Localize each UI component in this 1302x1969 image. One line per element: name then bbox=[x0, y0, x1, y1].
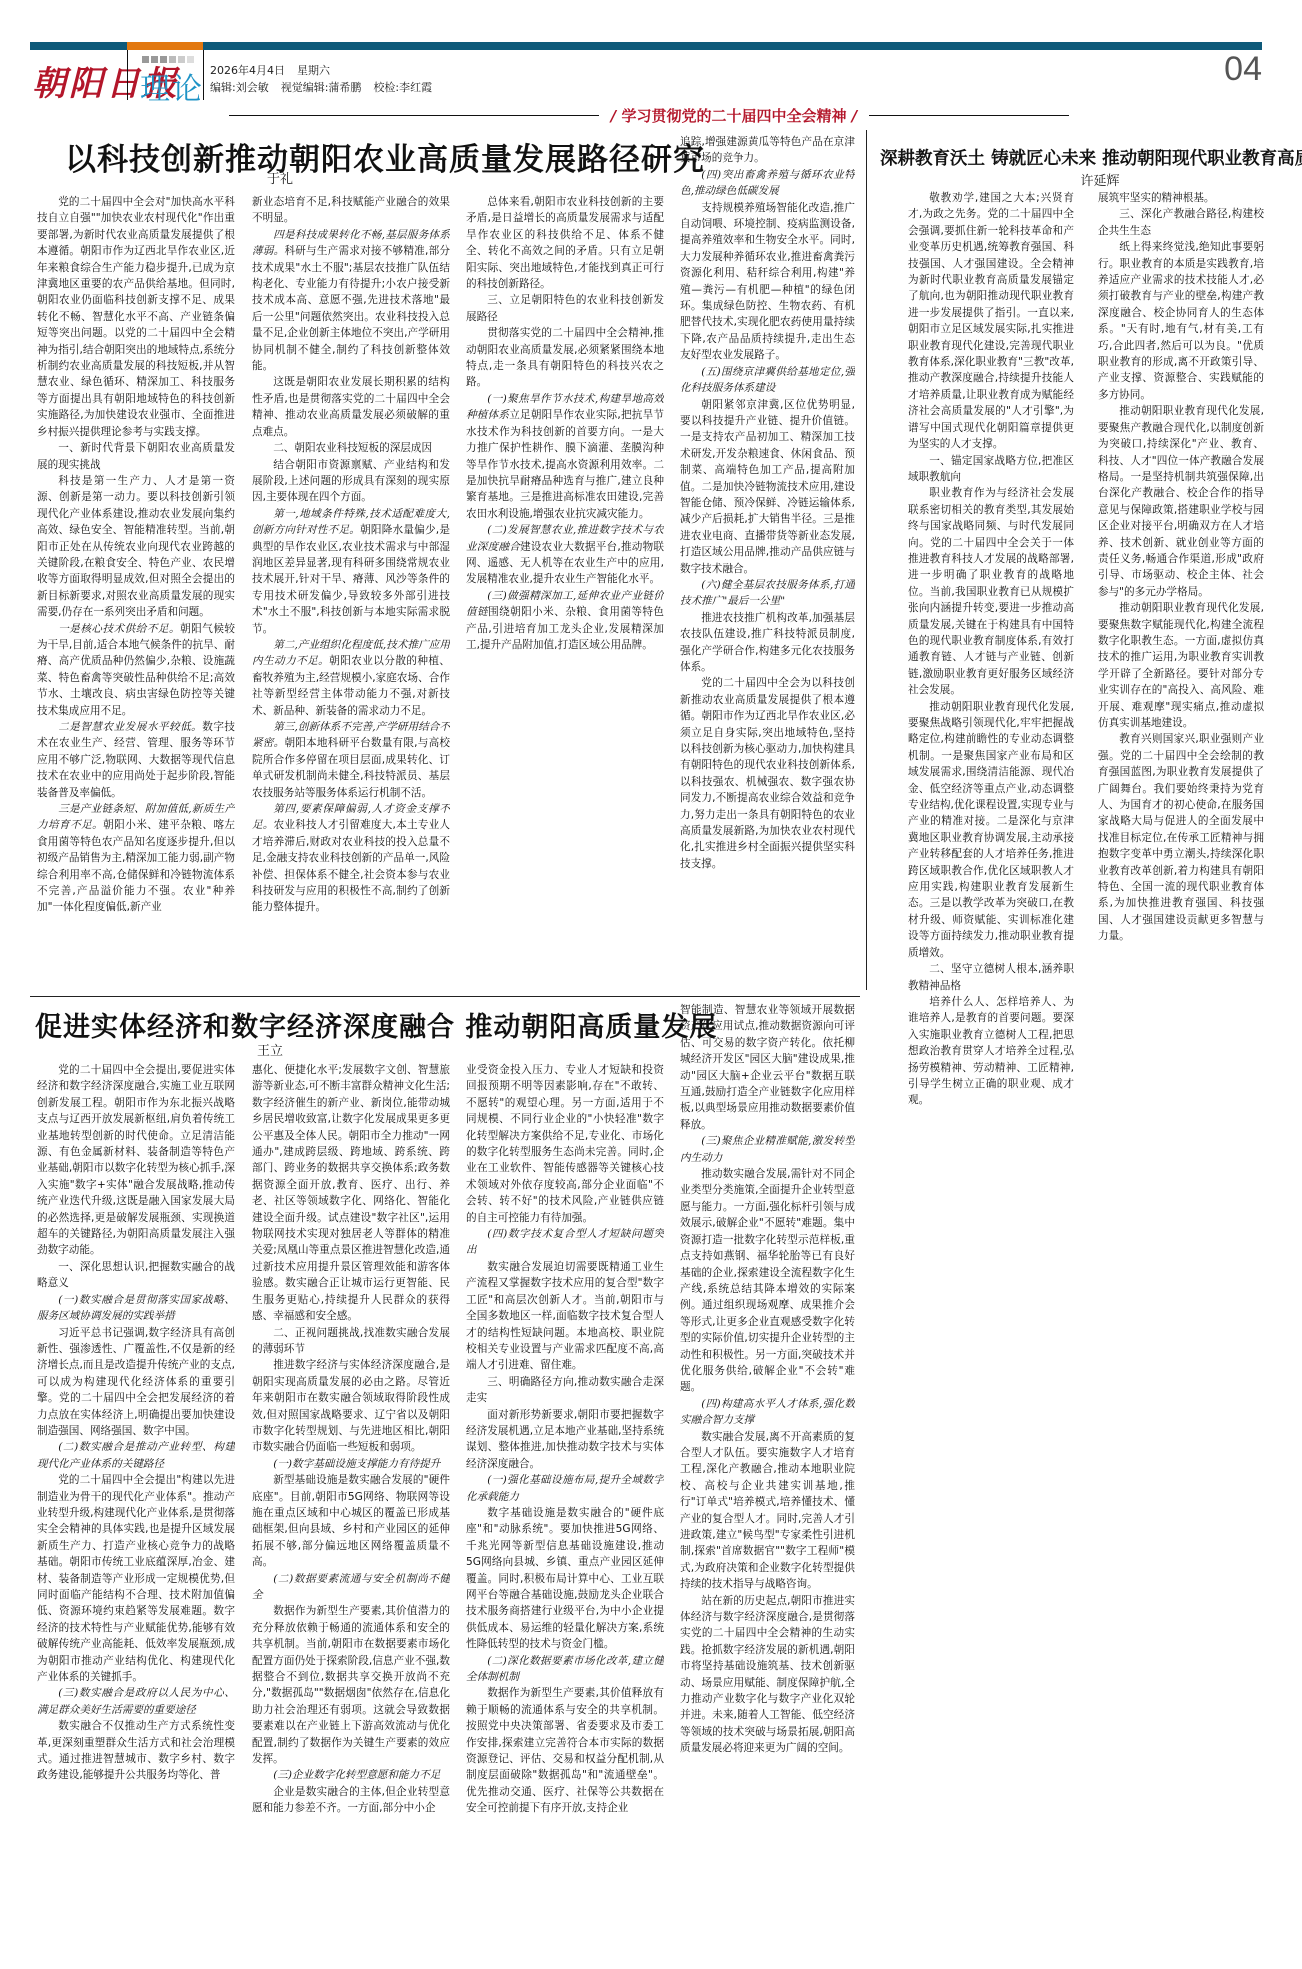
subheading: (四)突出畜禽养殖与循环农业特色,推动绿色低碳发展 bbox=[680, 169, 855, 197]
section-heading: 一、深化思想认识,把握数实融合的战略意义 bbox=[37, 1259, 235, 1292]
paragraph: 朝阳紧邻京津冀,区位优势明显,要以科技提升产业链、提升价值链。一是支持农产品初加… bbox=[680, 397, 855, 577]
subheading-paragraph: (一)强化基础设施布局,提升全域数字化承载能力 bbox=[466, 1472, 664, 1505]
subheading: (四)数字技术复合型人才短缺问题突出 bbox=[466, 1228, 664, 1256]
subheading: (四)构建高水平人才体系,强化数实融合智力支撑 bbox=[680, 1398, 855, 1426]
paragraph: 纸上得来终觉浅,绝知此事要躬行。职业教育的本质是实践教育,培养适应产业需求的技术… bbox=[1098, 239, 1264, 403]
issue-weekday: 星期六 bbox=[297, 64, 330, 77]
subheading-paragraph: (三)数实融合是政府以人民为中心、满足群众美好生活需要的重要途径 bbox=[37, 1685, 235, 1718]
paragraph: 惠化、便捷化水平;发展数字文创、智慧旅游等新业态,可不断丰富群众精神文化生活;数… bbox=[252, 1062, 450, 1325]
section-heading: 二、朝阳农业科技短板的深层成因 bbox=[252, 440, 450, 456]
article-column: 敬教劝学,建国之大本;兴贤育才,为政之先务。党的二十届四中全会强调,要抓住新一轮… bbox=[908, 190, 1074, 1940]
paragraph: 数据作为新型生产要素,其价值潜力的充分释放依赖于畅通的流通体系和安全的共享机制。… bbox=[252, 1603, 450, 1767]
subheading: (三)聚焦企业精准赋能,激发转型内生动力 bbox=[680, 1135, 855, 1163]
paragraph: 数实融合不仅推动生产方式系统性变革,更深刻重塑群众生活方式和社会治理模式。通过推… bbox=[37, 1718, 235, 1784]
subheading-paragraph: (五)围绕京津冀供给基地定位,强化科技服务体系建设 bbox=[680, 364, 855, 397]
article-headline: 促进实体经济和数字经济深度融合 推动朝阳高质量发展 bbox=[35, 1005, 717, 1044]
paragraph-text: 围绕朝阳小米、杂粮、食用菌等特色产品,引进培育加工龙头企业,发展精深加工,提升产… bbox=[466, 606, 664, 651]
article-divider bbox=[866, 130, 867, 990]
paragraph: 党的二十届四中全会提出,要促进实体经济和数字经济深度融合,实施工业互联网创新发展… bbox=[37, 1062, 235, 1259]
subheading: (二)深化数据要素市场化改革,建立健全体制机制 bbox=[466, 1655, 664, 1683]
paragraph-text: 朝阳降水量偏少,是典型的旱作农业区,农业技术需求与中部湿润地区差异显著,现有科研… bbox=[252, 524, 450, 634]
page-number: 04 bbox=[1224, 50, 1262, 89]
paragraph: 习近平总书记强调,数字经济具有高创新性、强渗透性、广覆盖性,不仅是新的经济增长点… bbox=[37, 1325, 235, 1440]
article-author: 于礼 bbox=[180, 168, 380, 187]
subheading: 二是智慧农业发展水平较低。 bbox=[58, 721, 202, 733]
subheading-paragraph: (四)突出畜禽养殖与循环农业特色,推动绿色低碳发展 bbox=[680, 167, 855, 200]
section-heading: 三、深化产教融合路径,构建校企共生生态 bbox=[1098, 206, 1264, 239]
paragraph-text: 朝阳气候较为干旱,目前,适合本地气候条件的抗旱、耐瘠、高产优质品种仍然偏少,杂粮… bbox=[37, 623, 235, 717]
paragraph: 党的二十届四中全会对"加快高水平科技自立自强""加快农业农村现代化"作出重要部署… bbox=[37, 194, 235, 440]
paragraph: 数实融合发展,离不开高素质的复合型人才队伍。要实施数字人才培育工程,深化产教融合… bbox=[680, 1429, 855, 1593]
subheading-paragraph: 第三,创新体系不完善,产学研用结合不紧密。朝阳本地科研平台数量有限,与高校院所合… bbox=[252, 719, 450, 801]
paragraph: 智能制造、智慧农业等领域开展数据资产化应用试点,推动数据资源向可评估、可交易的数… bbox=[680, 1002, 855, 1133]
issue-meta: 2026年4月4日星期六 编辑:刘会敏视觉编辑:蒲希鹏校检:李红霞 bbox=[210, 62, 444, 96]
subheading-paragraph: (一)聚焦旱作节水技术,构建旱地高效种植体系立足朝阳旱作农业实际,把抗旱节水技术… bbox=[466, 391, 664, 522]
paragraph: 企业是数实融合的主体,但企业转型意愿和能力参差不齐。一方面,部分中小企 bbox=[252, 1784, 450, 1817]
article-column: 总体来看,朝阳市农业科技创新的主要矛盾,是日益增长的高质量发展需求与适配旱作农业… bbox=[466, 194, 664, 984]
paragraph: 科技是第一生产力、人才是第一资源、创新是第一动力。要以科技创新引领现代化产业体系… bbox=[37, 473, 235, 621]
section-heading: 一、锚定国家战略方位,把准区域职教航向 bbox=[908, 453, 1074, 486]
subheading-paragraph: (三)聚焦企业精准赋能,激发转型内生动力 bbox=[680, 1133, 855, 1166]
issue-date: 2026年4月4日 bbox=[210, 64, 285, 77]
subheading-paragraph: (一)数字基础设施支撑能力有待提升 bbox=[252, 1456, 450, 1472]
article-column: 智能制造、智慧农业等领域开展数据资产化应用试点,推动数据资源向可评估、可交易的数… bbox=[680, 1002, 855, 1942]
paragraph: 职业教育作为与经济社会发展联系密切相关的教育类型,其发展始终与国家战略同频、与时… bbox=[908, 485, 1074, 698]
subheading-paragraph: 三是产业链条短、附加值低,新质生产力培育不足。朝阳小米、建平杂粮、喀左食用菌等特… bbox=[37, 801, 235, 916]
subheading: (一)强化基础设施布局,提升全域数字化承载能力 bbox=[466, 1474, 664, 1502]
paragraph: 支持规模养殖场智能化改造,推广自动饲喂、环境控制、疫病监测设备,提高养殖效率和生… bbox=[680, 200, 855, 364]
subheading: (五)围绕京津冀供给基地定位,强化科技服务体系建设 bbox=[680, 366, 855, 394]
paragraph: 面对新形势新要求,朝阳市要把握数字经济发展机遇,立足本地产业基础,坚持系统谋划、… bbox=[466, 1407, 664, 1473]
paragraph: 贯彻落实党的二十届四中全会精神,推动朝阳农业高质量发展,必须紧紧围绕本地特点,走… bbox=[466, 325, 664, 391]
masthead-blue-bar-right bbox=[203, 42, 1262, 50]
subheading-paragraph: 二是智慧农业发展水平较低。数字技术在农业生产、经营、管理、服务等环节应用不够广泛… bbox=[37, 719, 235, 801]
paragraph: 数实融合发展迫切需要既精通工业生产流程又掌握数字技术应用的复合型"数字工匠"和高… bbox=[466, 1259, 664, 1374]
section-heading: 一、新时代背景下朝阳农业高质量发展的现实挑战 bbox=[37, 440, 235, 473]
slash-icon: / bbox=[611, 107, 616, 125]
subheading-paragraph: (四)数字技术复合型人才短缺问题突出 bbox=[466, 1226, 664, 1259]
section-heading: 三、明确路径方向,推动数实融合走深走实 bbox=[466, 1374, 664, 1407]
paragraph: 业受资金投入压力、专业人才短缺和投资回报预期不明等因素影响,存在"不敢转、不愿转… bbox=[466, 1062, 664, 1226]
paragraph: 敬教劝学,建国之大本;兴贤育才,为政之先务。党的二十届四中全会强调,要抓住新一轮… bbox=[908, 190, 1074, 453]
section-title: 理论 bbox=[140, 64, 204, 108]
paragraph: 展筑牢坚实的精神根基。 bbox=[1098, 190, 1264, 206]
subheading-paragraph: 第一,地域条件特殊,技术适配难度大,创新方向针对性不足。朝阳降水量偏少,是典型的… bbox=[252, 506, 450, 637]
article-column: 新业态培育不足,科技赋能产业融合的效果不明显。四是科技成果转化不畅,基层服务体系… bbox=[252, 194, 450, 984]
subheading-paragraph: 四是科技成果转化不畅,基层服务体系薄弱。科研与生产需求对接不够精准,部分技术成果… bbox=[252, 227, 450, 375]
paragraph: 党的二十届四中全会提出"构建以先进制造业为骨干的现代化产业体系"。推动产业转型升… bbox=[37, 1472, 235, 1685]
subheading: (三)企业数字化转型意愿和能力不足 bbox=[273, 1769, 440, 1781]
editor-credit: 编辑:刘会敏 bbox=[210, 81, 269, 94]
paragraph: 新业态培育不足,科技赋能产业融合的效果不明显。 bbox=[252, 194, 450, 227]
subheading-paragraph: (二)深化数据要素市场化改革,建立健全体制机制 bbox=[466, 1653, 664, 1686]
banner-rule bbox=[229, 115, 599, 116]
subheading: (一)数实融合是贯彻落实国家战略、服务区域协调发展的实践举措 bbox=[37, 1294, 235, 1322]
section-heading: 三、立足朝阳特色的农业科技创新发展路径 bbox=[466, 292, 664, 325]
paragraph: 数据作为新型生产要素,其价值释放有赖于顺畅的流通体系与安全的共享机制。按照党中央… bbox=[466, 1685, 664, 1816]
article-column: 业受资金投入压力、专业人才短缺和投资回报预期不明等因素影响,存在"不敢转、不愿转… bbox=[466, 1062, 664, 1942]
subheading: 一是核心技术供给不足。 bbox=[58, 623, 180, 635]
subheading: (三)数实融合是政府以人民为中心、满足群众美好生活需要的重要途径 bbox=[37, 1687, 235, 1715]
article-author: 王立 bbox=[170, 1040, 370, 1059]
subheading-paragraph: 第四,要素保障偏弱,人才资金支撑不足。农业科技人才引留难度大,本土专业人才培养滞… bbox=[252, 801, 450, 916]
subheading-paragraph: (六)健全基层农技服务体系,打通技术推广"最后一公里" bbox=[680, 577, 855, 610]
subheading-paragraph: (四)构建高水平人才体系,强化数实融合智力支撑 bbox=[680, 1396, 855, 1429]
paragraph: 党的二十届四中全会为以科技创新推动农业高质量发展提供了根本遵循。朝阳市作为辽西北… bbox=[680, 675, 855, 872]
subheading-paragraph: (三)企业数字化转型意愿和能力不足 bbox=[252, 1767, 450, 1783]
section-heading: 二、坚守立德树人根本,涵养职教精神品格 bbox=[908, 961, 1074, 994]
paragraph: 培养什么人、怎样培养人、为谁培养人,是教育的首要问题。要深入实施职业教育立德树人… bbox=[908, 994, 1074, 1109]
article-author: 许延辉 bbox=[1000, 170, 1200, 189]
subheading-paragraph: (二)发展智慧农业,推进数字技术与农业深度融合建设农业大数据平台,推动物联网、遥… bbox=[466, 522, 664, 588]
subheading: (二)数据要素流通与安全机制尚不健全 bbox=[252, 1573, 450, 1601]
paragraph: 教育兴则国家兴,职业强则产业强。党的二十届四中全会绘制的教育强国蓝图,为职业教育… bbox=[1098, 731, 1264, 944]
paragraph-text: 朝阳小米、建平杂粮、喀左食用菌等特色农产品知名度逐步提升,但以初级产品销售为主,… bbox=[37, 819, 235, 913]
paragraph: 这既是朝阳农业发展长期积累的结构性矛盾,也是贯彻落实党的二十届四中全会精神、推动… bbox=[252, 374, 450, 440]
paragraph: 推进农技推广机构改革,加强基层农技队伍建设,推广科技特派员制度,强化产学研合作,… bbox=[680, 610, 855, 676]
subheading-paragraph: (一)数实融合是贯彻落实国家战略、服务区域协调发展的实践举措 bbox=[37, 1292, 235, 1325]
masthead-blue-bar bbox=[30, 42, 127, 50]
subheading-paragraph: (三)做强精深加工,延伸农业产业链价值链围绕朝阳小米、杂粮、食用菌等特色产品,引… bbox=[466, 588, 664, 654]
paragraph: 推进数字经济与实体经济深度融合,是朝阳实现高质量发展的必由之路。尽管近年来朝阳市… bbox=[252, 1357, 450, 1455]
article-column: 展筑牢坚实的精神根基。三、深化产教融合路径,构建校企共生生态纸上得来终觉浅,绝知… bbox=[1098, 190, 1264, 1940]
subheading-paragraph: 一是核心技术供给不足。朝阳气候较为干旱,目前,适合本地气候条件的抗旱、耐瘠、高产… bbox=[37, 621, 235, 719]
paragraph: 数字基础设施是数实融合的"硬件底座"和"动脉系统"。要加快推进5G网络、千兆光网… bbox=[466, 1505, 664, 1653]
paragraph-text: 农业科技人才引留难度大,本土专业人才培养滞后,财政对农业科技的投入总量不足,金融… bbox=[252, 819, 450, 913]
paragraph: 推动朝阳职业教育现代化发展,要聚焦产教融合现代化,以制度创新为突破口,持续深化"… bbox=[1098, 403, 1264, 600]
article-column: 惠化、便捷化水平;发展数字文创、智慧旅游等新业态,可不断丰富群众精神文化生活;数… bbox=[252, 1062, 450, 1942]
subheading: (一)数字基础设施支撑能力有待提升 bbox=[273, 1458, 440, 1470]
paragraph: 推动朝阳职业教育现代化发展,要聚焦战略引领现代化,牢牢把握战略定位,构建前瞻性的… bbox=[908, 699, 1074, 962]
paragraph: 推动数实融合发展,需针对不同企业类型分类施策,全面提升企业转型意愿与能力。一方面… bbox=[680, 1166, 855, 1396]
article-headline: 深耕教育沃土 铸就匠心未来 推动朝阳现代职业教育高质量发展 bbox=[880, 145, 1302, 170]
masthead-orange-bar bbox=[127, 42, 203, 50]
slash-icon: / bbox=[852, 107, 857, 125]
masthead: 朝阳日报 理论 2026年4月4日星期六 编辑:刘会敏视觉编辑:蒲希鹏校检:李红… bbox=[30, 42, 1262, 100]
paragraph: 站在新的历史起点,朝阳市推进实体经济与数字经济深度融合,是贯彻落实党的二十届四中… bbox=[680, 1593, 855, 1757]
topic-banner: / 学习贯彻党的二十届四中全会精神 / bbox=[229, 103, 1069, 127]
paragraph: 结合朝阳市资源禀赋、产业结构和发展阶段,上述问题的形成具有深刻的现实原因,主要体… bbox=[252, 457, 450, 506]
subheading-paragraph: (二)数实融合是推动产业转型、构建现代化产业体系的关键路径 bbox=[37, 1439, 235, 1472]
masthead-divider bbox=[203, 50, 204, 100]
banner-rule bbox=[869, 115, 1069, 116]
paragraph-text: 立足朝阳旱作农业实际,把抗旱节水技术作为科技创新的首要方向。一是大力推广保护性耕… bbox=[466, 409, 664, 519]
section-decor-squares-icon bbox=[142, 56, 194, 63]
subheading-paragraph: (二)数据要素流通与安全机制尚不健全 bbox=[252, 1571, 450, 1604]
paragraph: 总体来看,朝阳市农业科技创新的主要矛盾,是日益增长的高质量发展需求与适配旱作农业… bbox=[466, 194, 664, 292]
article-headline: 以科技创新推动朝阳农业高质量发展路径研究 bbox=[65, 134, 705, 179]
article-divider bbox=[30, 996, 860, 997]
article-column: 党的二十届四中全会对"加快高水平科技自立自强""加快农业农村现代化"作出重要部署… bbox=[37, 194, 235, 984]
visual-editor-credit: 视觉编辑:蒲希鹏 bbox=[281, 81, 362, 94]
paragraph: 新型基础设施是数实融合发展的"硬件底座"。目前,朝阳市5G网络、物联网等设施在重… bbox=[252, 1472, 450, 1570]
banner-text: / 学习贯彻党的二十届四中全会精神 / bbox=[605, 105, 863, 126]
subheading: (六)健全基层农技服务体系,打通技术推广"最后一公里" bbox=[680, 579, 855, 607]
subheading: (二)数实融合是推动产业转型、构建现代化产业体系的关键路径 bbox=[37, 1441, 235, 1469]
article-column: 党的二十届四中全会提出,要促进实体经济和数字经济深度融合,实施工业互联网创新发展… bbox=[37, 1062, 235, 1942]
paragraph: 推动朝阳职业教育现代化发展,要聚焦数字赋能现代化,构建全流程数字化职教生态。一方… bbox=[1098, 600, 1264, 731]
masthead-divider bbox=[127, 50, 128, 100]
subheading-paragraph: 第二,产业组织化程度低,技术推广应用内生动力不足。朝阳农业以分散的种植、畜牧养殖… bbox=[252, 637, 450, 719]
section-heading: 二、正视问题挑战,找准数实融合发展的薄弱环节 bbox=[252, 1325, 450, 1358]
paragraph-text: 科研与生产需求对接不够精准,部分技术成果"水土不服";基层农技推广队伍结构老化、… bbox=[252, 245, 450, 372]
paragraph: 追踪,增强建源黄瓜等特色产品在京津冀市场的竞争力。 bbox=[680, 134, 855, 167]
article-column: 追踪,增强建源黄瓜等特色产品在京津冀市场的竞争力。(四)突出畜禽养殖与循环农业特… bbox=[680, 134, 855, 984]
proofreader-credit: 校检:李红霞 bbox=[373, 81, 432, 94]
